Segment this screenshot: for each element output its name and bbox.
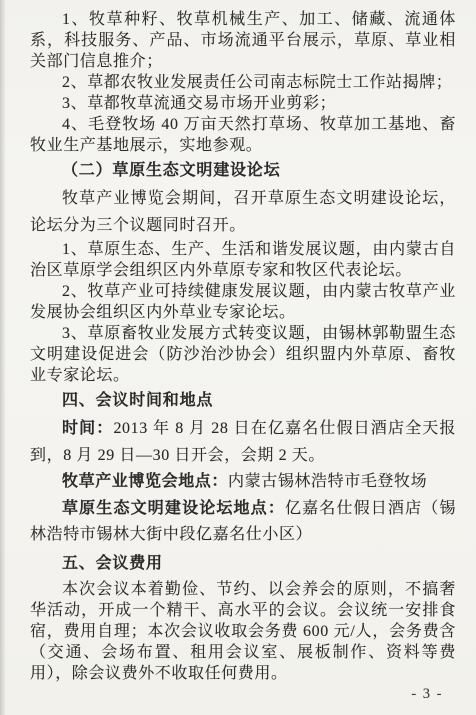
section-heading: （二）草原生态文明建设论坛 (30, 158, 456, 184)
time-label: 时间： (62, 420, 113, 437)
paragraph: 时间：2013 年 8 月 28 日在亿嘉名仕假日酒店全天报到，8 月 29 日… (30, 416, 456, 469)
paragraph-text: 2、草都农牧业发展责任公司南志标院士工作站揭牌； (62, 74, 452, 91)
section-heading-text: （二）草原生态文明建设论坛 (62, 162, 280, 179)
document-page: 1、牧草种籽、牧草机械生产、加工、储藏、流通体系，科技服务、产品、市场流通平台展… (0, 0, 476, 715)
section-heading: 五、会议费用 (30, 551, 456, 577)
page-number: - 3 - (411, 686, 443, 703)
paragraph-text: 1、牧草种籽、牧草机械生产、加工、储藏、流通体系，科技服务、产品、市场流通平台展… (30, 11, 456, 70)
section-heading: 四、会议时间和地点 (30, 388, 456, 414)
section-heading-text: 四、会议时间和地点 (62, 392, 213, 409)
paragraph-text: 3、草都牧草流通交易市场开业剪彩； (62, 95, 336, 112)
expo-location-label: 牧草产业博览会地点： (62, 473, 228, 490)
paragraph: 1、草原生态、生产、生活和谐发展议题，由内蒙古自治区草原学会组织区内外草原专家和… (30, 239, 456, 281)
paragraph: 牧草产业博览会期间，召开草原生态文明建设论坛，论坛分为三个议题同时召开。 (30, 186, 456, 239)
paragraph: 牧草产业博览会地点：内蒙古锡林浩特市毛登牧场 (30, 469, 456, 496)
paragraph: 1、牧草种籽、牧草机械生产、加工、储藏、流通体系，科技服务、产品、市场流通平台展… (30, 9, 456, 72)
paragraph: 2、草都农牧业发展责任公司南志标院士工作站揭牌； (30, 72, 456, 93)
paragraph: 2、牧草产业可持续健康发展议题，由内蒙古牧草产业发展协会组织区内外草业专家论坛。 (30, 281, 456, 323)
paragraph-text: 内蒙古锡林浩特市毛登牧场 (228, 473, 427, 490)
section-heading-text: 五、会议费用 (62, 555, 163, 572)
paragraph: 3、草原畜牧业发展方式转变议题，由锡林郭勒盟生态文明建设促进会（防沙治沙协会）组… (30, 323, 456, 386)
paragraph-text: 本次会议本着勤俭、节约、以会养会的原则，不搞奢华活动，开成一个精干、高水平的会议… (30, 581, 456, 682)
paragraph-text: 1、草原生态、生产、生活和谐发展议题，由内蒙古自治区草原学会组织区内外草原专家和… (30, 241, 456, 279)
paragraph-text: 3、草原畜牧业发展方式转变议题，由锡林郭勒盟生态文明建设促进会（防沙治沙协会）组… (30, 325, 456, 384)
paragraph-text: 2、牧草产业可持续健康发展议题，由内蒙古牧草产业发展协会组织区内外草业专家论坛。 (30, 283, 456, 321)
forum-location-label: 草原生态文明建设论坛地点： (62, 500, 285, 517)
paragraph-text: 4、毛登牧场 40 万亩天然打草场、牧草加工基地、畜牧业生产基地展示，实地参观。 (30, 116, 456, 154)
paragraph: 4、毛登牧场 40 万亩天然打草场、牧草加工基地、畜牧业生产基地展示，实地参观。 (30, 114, 456, 156)
paragraph: 3、草都牧草流通交易市场开业剪彩； (30, 93, 456, 114)
paragraph-text: 牧草产业博览会期间，召开草原生态文明建设论坛，论坛分为三个议题同时召开。 (30, 190, 456, 234)
paragraph: 本次会议本着勤俭、节约、以会养会的原则，不搞奢华活动，开成一个精干、高水平的会议… (30, 579, 456, 684)
paragraph: 草原生态文明建设论坛地点：亿嘉名仕假日酒店（锡林浩特市锡林大街中段亿嘉名仕小区） (30, 496, 456, 549)
